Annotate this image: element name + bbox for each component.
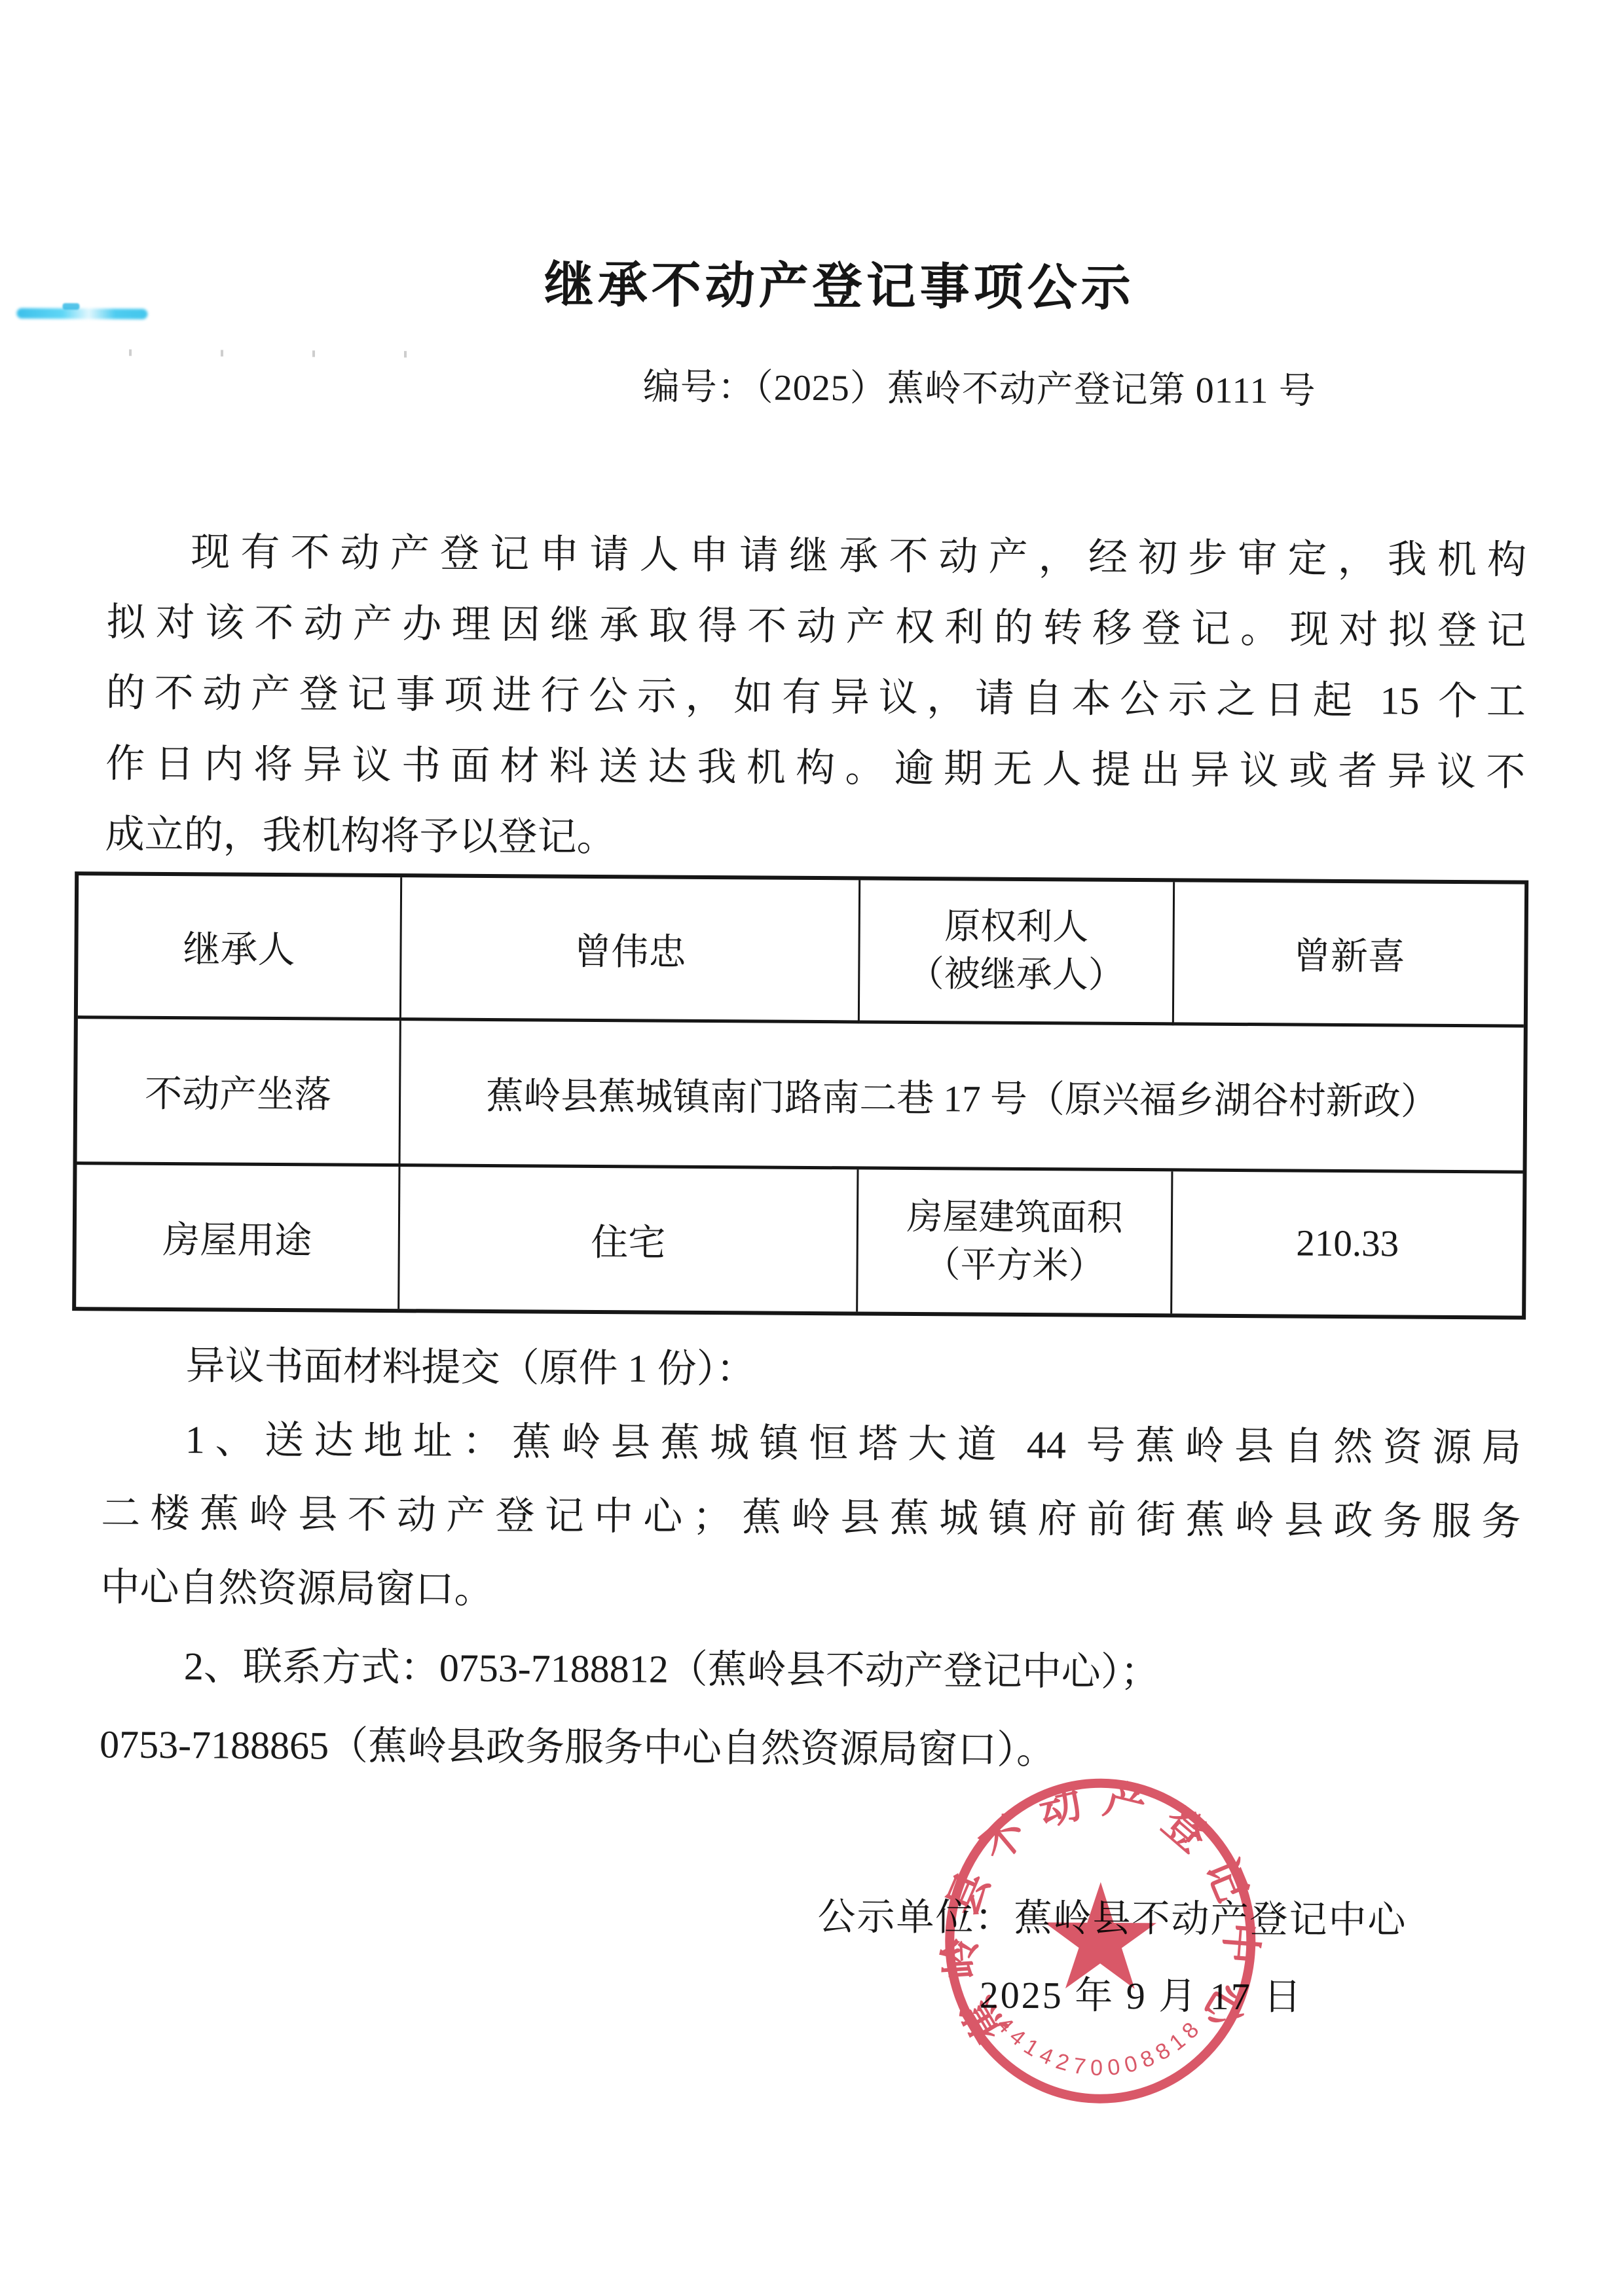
- table-cell-usage-value: 住宅: [399, 1167, 858, 1311]
- usage-value: 住宅: [591, 1212, 665, 1266]
- property-table: 继承人 曾伟忠 原权利人 （被继承人） 曾新喜 不动产坐落 蕉岭县蕉城镇南门路南…: [72, 871, 1528, 1320]
- table-cell-location-label: 不动产坐落: [77, 1019, 401, 1167]
- scanned-notice-page: 继承不动产登记事项公示 编号：（2025）蕉岭不动产登记第 0111 号 现有不…: [0, 0, 1624, 2296]
- table-cell-heir-value: 曾伟忠: [401, 877, 860, 1023]
- svg-text:4414270008818: 4414270008818: [991, 2012, 1208, 2081]
- delivery-address-line2: 二楼蕉岭县不动产登记中心；蕉岭县蕉城镇府前街蕉岭县政务服务: [101, 1489, 1521, 1546]
- area-label-line2: （平方米）: [924, 1241, 1104, 1290]
- scan-content: 继承不动产登记事项公示 编号：（2025）蕉岭不动产登记第 0111 号 现有不…: [0, 0, 1624, 2296]
- location-value: 蕉岭县蕉城镇南门路南二巷 17 号（原兴福乡湖谷村新政）: [486, 1066, 1438, 1125]
- document-title: 继承不动产登记事项公示: [27, 242, 1624, 323]
- seal-star-icon: [1044, 1882, 1156, 1989]
- location-label: 不动产坐落: [145, 1064, 331, 1119]
- original-holder-label-line2: （被继承人）: [908, 951, 1124, 1000]
- body-paragraph1-line3: 的不动产登记事项进行公示，如有异议，请自本公示之日起 15 个工: [106, 668, 1526, 725]
- table-cell-area-value: 210.33: [1172, 1171, 1522, 1315]
- table-cell-original-holder-value: 曾新喜: [1174, 882, 1524, 1027]
- area-label-line1: 房屋建筑面积: [906, 1194, 1122, 1243]
- seal-code-number: 4414270008818: [991, 2012, 1208, 2081]
- area-value: 210.33: [1296, 1222, 1399, 1266]
- delivery-address-line1: 1、送达地址：蕉岭县蕉城镇恒塔大道 44 号蕉岭县自然资源局: [101, 1415, 1521, 1472]
- heir-name: 曾伟忠: [574, 922, 686, 976]
- table-cell-heir-label: 继承人: [78, 875, 402, 1021]
- table-cell-location-value: 蕉岭县蕉城镇南门路南二巷 17 号（原兴福乡湖谷村新政）: [400, 1021, 1523, 1173]
- scan-specks: [129, 350, 424, 358]
- body-paragraph1-line1: 现有不动产登记申请人申请继承不动产，经初步审定，我机构: [107, 527, 1526, 584]
- body-paragraph1-line2: 拟对该不动产办理因继承取得不动产权利的转移登记。现对拟登记: [106, 598, 1526, 655]
- usage-label: 房屋用途: [162, 1209, 312, 1264]
- official-seal: 蕉岭县不动产登记中心 4414270008818: [929, 1770, 1272, 2112]
- delivery-address-line3: 中心自然资源局窗口。: [100, 1563, 1520, 1620]
- body-paragraph1-line4: 作日内将异议书面材料送达我机构。逾期无人提出异议或者异议不: [105, 739, 1525, 796]
- original-holder-label-line1: 原权利人: [944, 903, 1088, 952]
- heir-label: 继承人: [183, 919, 295, 974]
- table-cell-original-holder-label: 原权利人 （被继承人）: [860, 880, 1175, 1025]
- contact-line1: 2、联系方式：0753-7188812（蕉岭县不动产登记中心）；: [100, 1641, 1520, 1698]
- table-cell-usage-label: 房屋用途: [76, 1165, 400, 1309]
- table-cell-area-label: 房屋建筑面积 （平方米）: [858, 1169, 1173, 1313]
- contact-line2: 0753-7188865（蕉岭县政务服务中心自然资源局窗口）。: [100, 1720, 1519, 1777]
- document-number: 编号：（2025）蕉岭不动产登记第 0111 号: [643, 357, 1316, 414]
- objection-submit-line: 异议书面材料提交（原件 1 份）：: [101, 1341, 1521, 1398]
- body-paragraph1-line5: 成立的，我机构将予以登记。: [105, 810, 1524, 867]
- original-holder-name: 曾新喜: [1293, 926, 1405, 980]
